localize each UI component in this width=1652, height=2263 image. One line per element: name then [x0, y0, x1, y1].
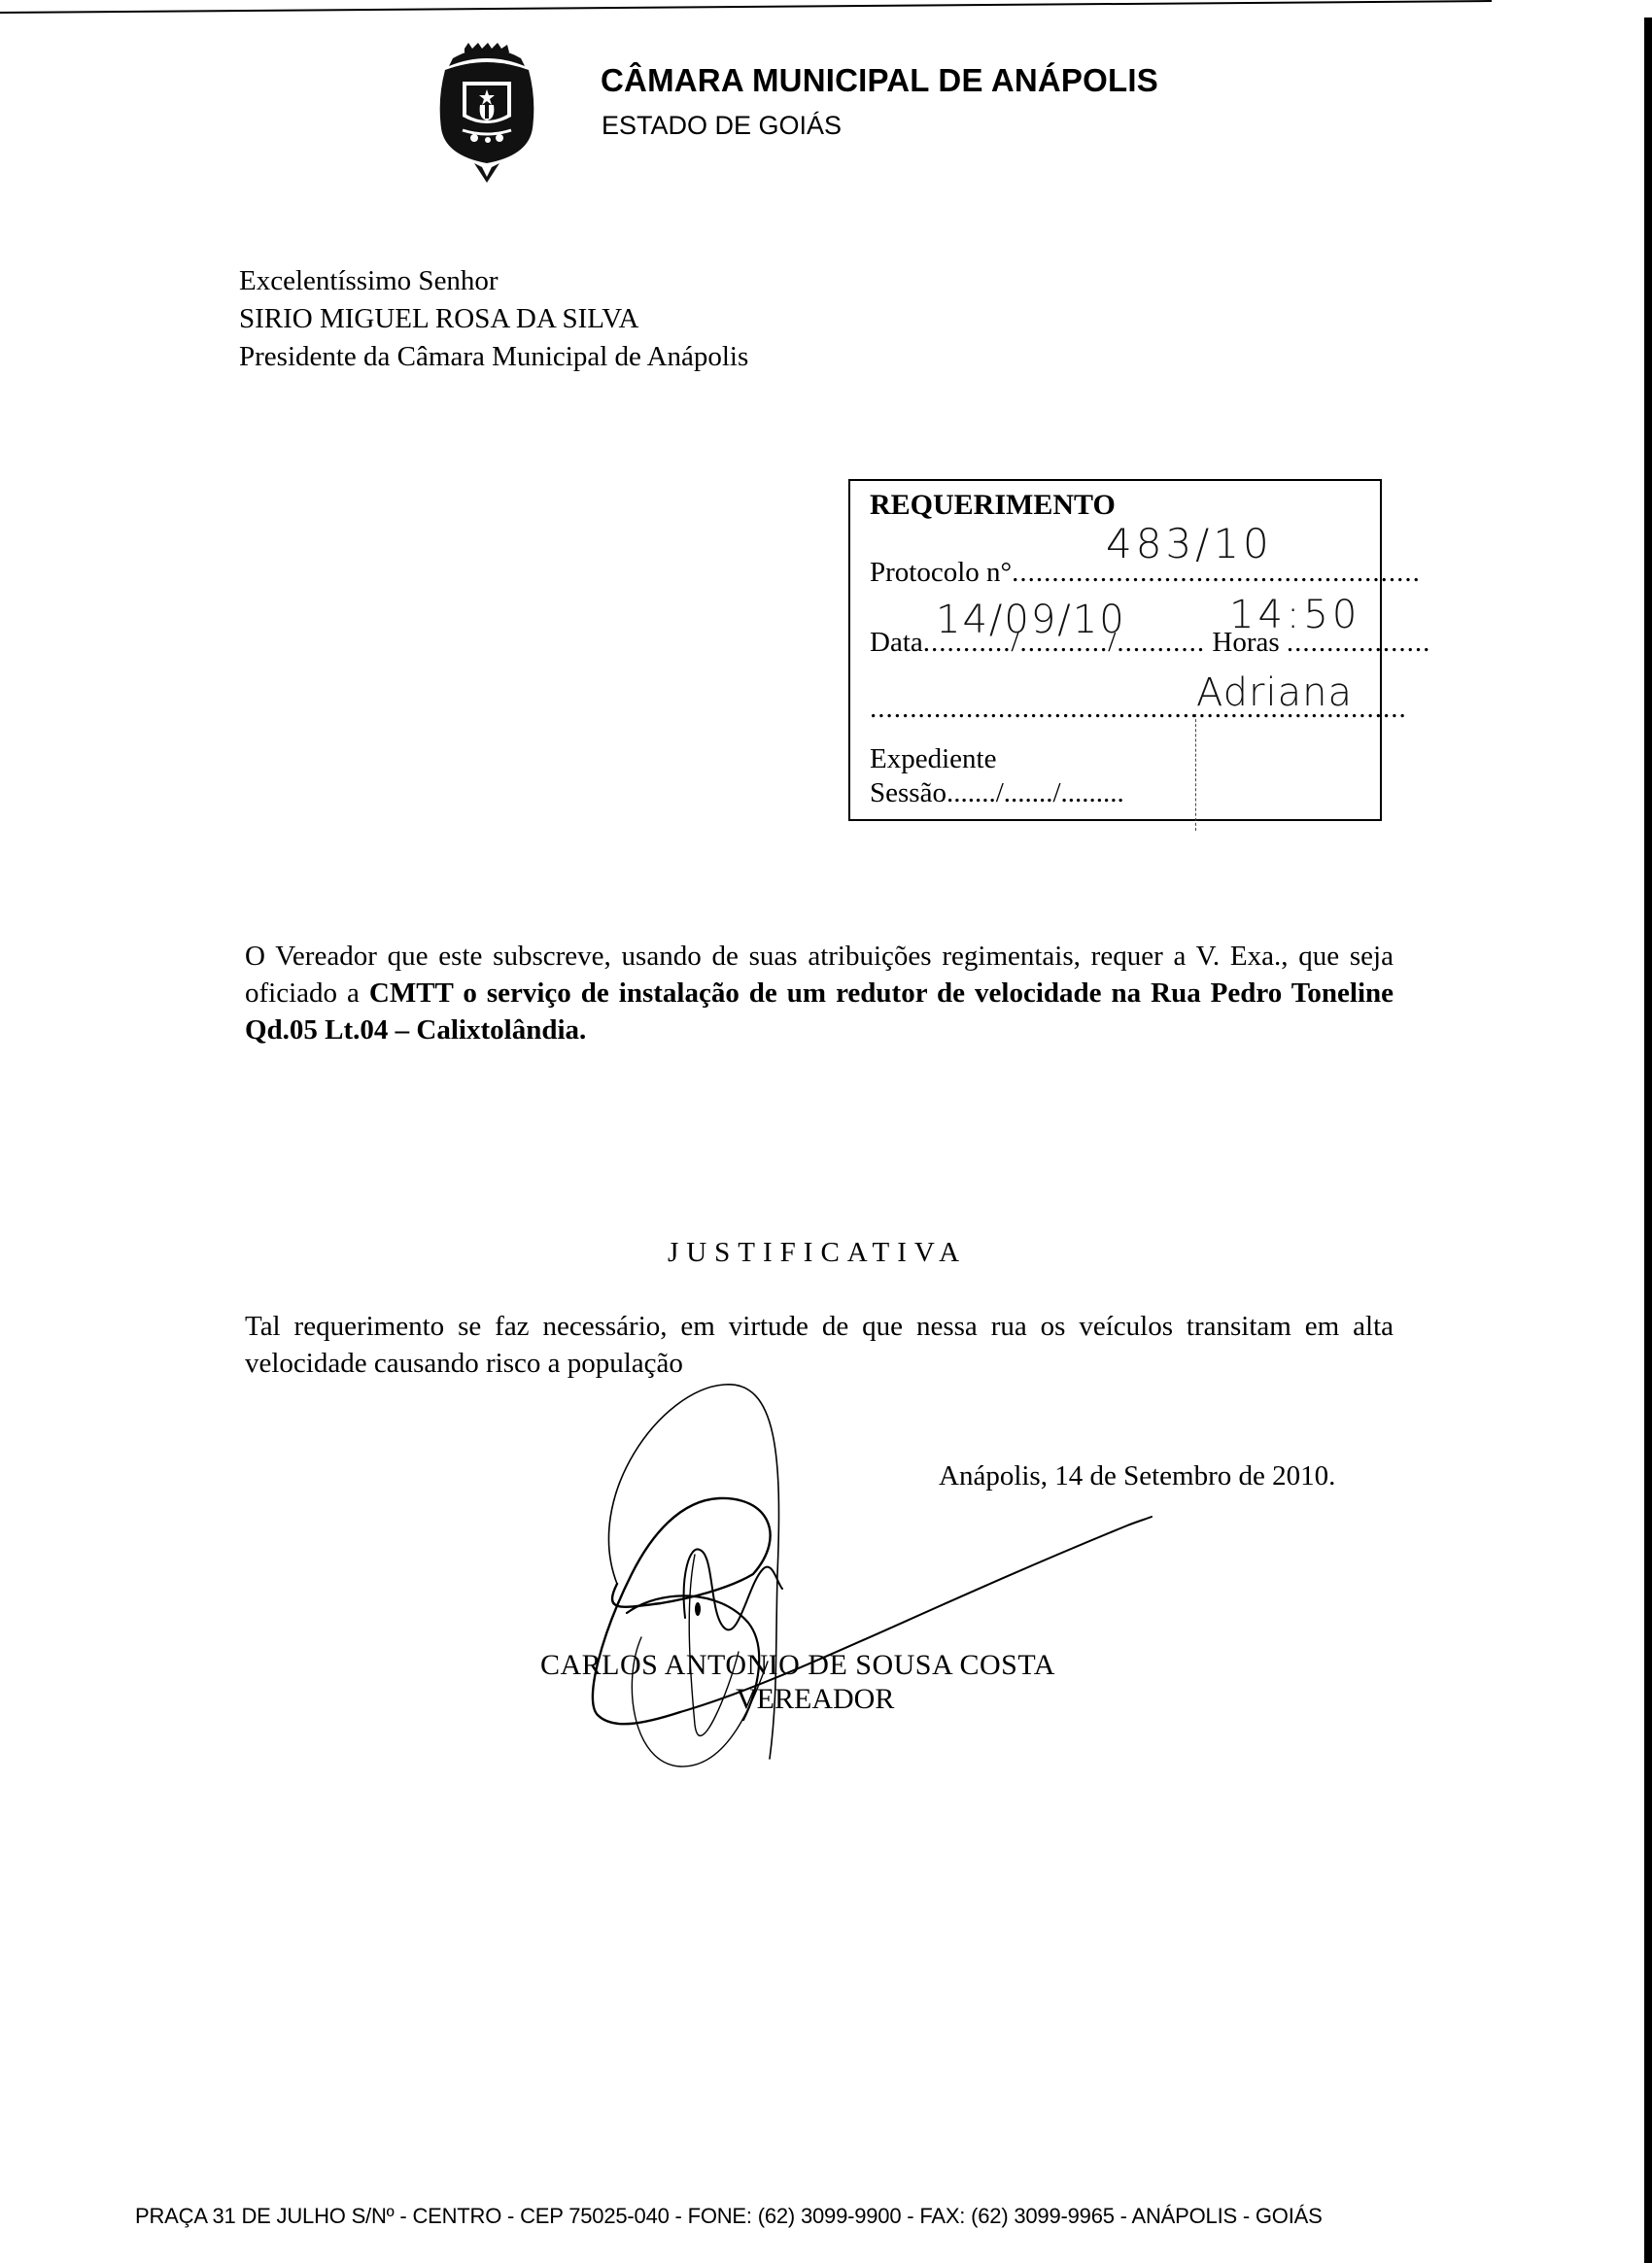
signer-role: VEREADOR	[736, 1683, 894, 1716]
date-value-handwritten: 14/09/10	[936, 598, 1126, 642]
justification-title: JUSTIFICATIVA	[0, 1237, 1652, 1269]
stamp-title: REQUERIMENTO	[870, 489, 1116, 522]
request-paragraph: O Vereador que este subscreve, usando de…	[245, 938, 1394, 1048]
justification-text: Tal requerimento se faz necessário, em v…	[245, 1308, 1394, 1382]
date-label: Data	[870, 627, 923, 658]
salutation: Excelentíssimo Senhor	[239, 262, 748, 300]
signer-name: CARLOS ANTONIO DE SOUSA COSTA	[540, 1649, 1055, 1682]
addressee-block: Excelentíssimo Senhor SIRIO MIGUEL ROSA …	[239, 262, 748, 376]
protocol-value-handwritten: 483/10	[1106, 520, 1273, 567]
org-title: CÂMARA MUNICIPAL DE ANÁPOLIS	[601, 62, 1158, 99]
stamp-divider-tick	[1195, 714, 1197, 831]
receiver-signature-handwritten: Adriana	[1196, 670, 1353, 715]
protocol-label: Protocolo n°	[870, 557, 1012, 588]
scan-edge-right	[1644, 17, 1652, 2263]
time-value-handwritten: 14:50	[1229, 593, 1360, 637]
handwritten-signature	[544, 1380, 1224, 1807]
sessao-field: Sessão......./......./.........	[870, 777, 1124, 809]
requerimento-stamp: REQUERIMENTO Protocolo n°...............…	[848, 479, 1382, 821]
scan-edge-top	[0, 0, 1652, 19]
org-subtitle: ESTADO DE GOIÁS	[602, 111, 842, 141]
place-and-date: Anápolis, 14 de Setembro de 2010.	[939, 1460, 1335, 1492]
footer-address: PRAÇA 31 DE JULHO S/Nº - CENTRO - CEP 75…	[135, 2204, 1323, 2229]
request-subject: CMTT o serviço de instalação de um redut…	[245, 977, 1394, 1046]
addressee-name: SIRIO MIGUEL ROSA DA SILVA	[239, 300, 748, 338]
addressee-title: Presidente da Câmara Municipal de Anápol…	[239, 338, 748, 376]
expediente-label: Expediente	[870, 743, 996, 775]
municipal-coat-of-arms-icon	[435, 41, 538, 185]
